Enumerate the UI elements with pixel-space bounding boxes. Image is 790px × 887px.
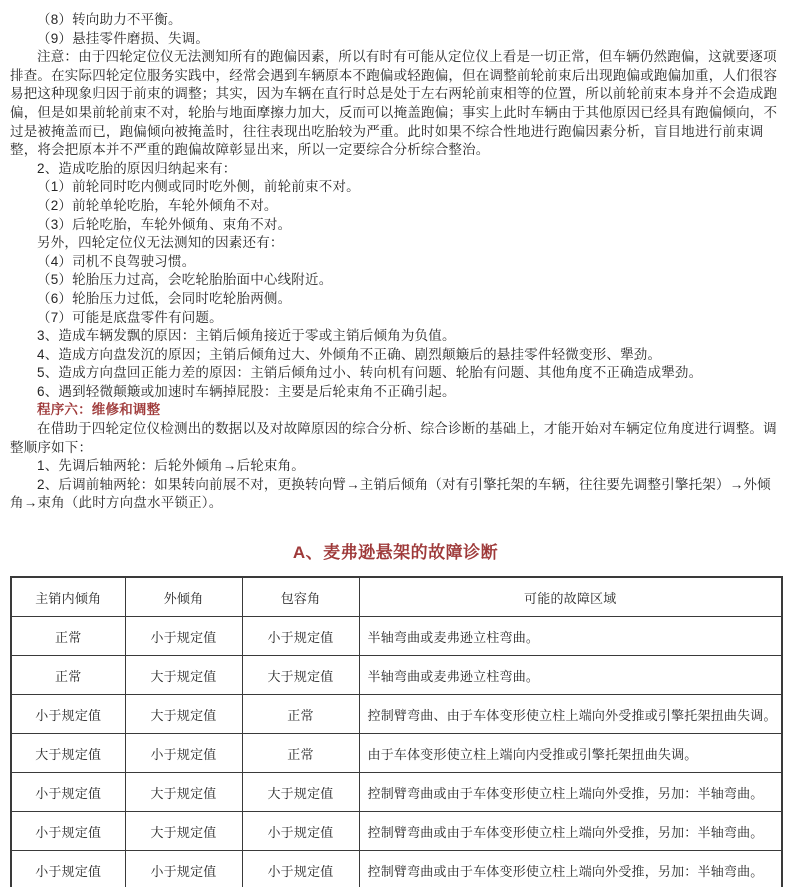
- column-header: 包容角: [242, 577, 359, 617]
- text-section: （8）转向助力不平衡。（9）悬挂零件磨损、失调。注意：由于四轮定位仪无法测知所有…: [10, 11, 781, 513]
- paragraph: （4）司机不良驾驶习惯。: [10, 253, 781, 272]
- paragraph: 在借助于四轮定位仪检测出的数据以及对故障原因的综合分析、综合诊断的基础上，才能开…: [10, 420, 781, 457]
- angle-value-cell: 小于规定值: [11, 851, 125, 887]
- table-row: 小于规定值大于规定值大于规定值控制臂弯曲或由于车体变形使立柱上端向外受推，另加：…: [11, 773, 782, 812]
- paragraph: 4、造成方向盘发沉的原因；主销后倾角过大、外倾角不正确、剧烈颠簸后的悬挂零件轻微…: [10, 346, 781, 365]
- paragraph: （8）转向助力不平衡。: [10, 11, 781, 30]
- table-row: 小于规定值小于规定值小于规定值控制臂弯曲或由于车体变形使立柱上端向外受推，另加：…: [11, 851, 782, 887]
- angle-value-cell: 正常: [242, 734, 359, 773]
- table-title: A、麦弗逊悬架的故障诊断: [10, 538, 781, 563]
- column-header: 外倾角: [125, 577, 242, 617]
- angle-value-cell: 小于规定值: [11, 812, 125, 851]
- paragraph: 5、造成方向盘回正能力差的原因：主销后倾角过小、转向机有问题、轮胎有问题、其他角…: [10, 364, 781, 383]
- angle-value-cell: 小于规定值: [242, 851, 359, 887]
- paragraph: 注意：由于四轮定位仪无法测知所有的跑偏因素，所以有时有可能从定位仪上看是一切正常…: [10, 48, 781, 160]
- paragraph: 2、造成吃胎的原因归纳起来有：: [10, 160, 781, 179]
- angle-value-cell: 小于规定值: [125, 851, 242, 887]
- paragraph: 另外，四轮定位仪无法测知的因素还有：: [10, 234, 781, 253]
- fault-area-cell: 半轴弯曲或麦弗逊立柱弯曲。: [359, 656, 782, 695]
- angle-value-cell: 小于规定值: [11, 695, 125, 734]
- angle-value-cell: 大于规定值: [125, 656, 242, 695]
- angle-value-cell: 小于规定值: [11, 773, 125, 812]
- angle-value-cell: 小于规定值: [125, 734, 242, 773]
- angle-value-cell: 正常: [242, 695, 359, 734]
- fault-area-cell: 控制臂弯曲或由于车体变形使立柱上端向外受推，另加：半轴弯曲。: [359, 812, 782, 851]
- angle-value-cell: 大于规定值: [242, 656, 359, 695]
- paragraph: （5）轮胎压力过高，会吃轮胎胎面中心线附近。: [10, 271, 781, 290]
- column-header: 可能的故障区域: [359, 577, 782, 617]
- angle-value-cell: 大于规定值: [125, 695, 242, 734]
- section-heading: 程序六：维修和调整: [10, 401, 781, 420]
- fault-area-cell: 控制臂弯曲、由于车体变形使立柱上端向外受推或引擎托架扭曲失调。: [359, 695, 782, 734]
- paragraph: （9）悬挂零件磨损、失调。: [10, 30, 781, 49]
- angle-value-cell: 正常: [11, 617, 125, 656]
- paragraph: 6、遇到轻微颠簸或加速时车辆掉屁股：主要是后轮束角不正确引起。: [10, 383, 781, 402]
- paragraph: （2）前轮单轮吃胎，车轮外倾角不对。: [10, 197, 781, 216]
- paragraph: （7）可能是底盘零件有问题。: [10, 309, 781, 328]
- angle-value-cell: 大于规定值: [125, 773, 242, 812]
- paragraph: 3、造成车辆发飘的原因：主销后倾角接近于零或主销后倾角为负值。: [10, 327, 781, 346]
- fault-area-cell: 控制臂弯曲或由于车体变形使立柱上端向外受推，另加：半轴弯曲。: [359, 851, 782, 887]
- fault-area-cell: 控制臂弯曲或由于车体变形使立柱上端向外受推，另加：半轴弯曲。: [359, 773, 782, 812]
- angle-value-cell: 小于规定值: [242, 617, 359, 656]
- macpherson-diagnosis-table: 主销内倾角外倾角包容角可能的故障区域 正常小于规定值小于规定值半轴弯曲或麦弗逊立…: [10, 576, 783, 887]
- table-header-row: 主销内倾角外倾角包容角可能的故障区域: [11, 577, 782, 617]
- paragraph: （6）轮胎压力过低，会同时吃轮胎两侧。: [10, 290, 781, 309]
- angle-value-cell: 小于规定值: [242, 812, 359, 851]
- angle-value-cell: 大于规定值: [11, 734, 125, 773]
- table-row: 小于规定值大于规定值小于规定值控制臂弯曲或由于车体变形使立柱上端向外受推，另加：…: [11, 812, 782, 851]
- column-header: 主销内倾角: [11, 577, 125, 617]
- paragraph: 1、先调后轴两轮：后轮外倾角→后轮束角。: [10, 457, 781, 476]
- angle-value-cell: 大于规定值: [125, 812, 242, 851]
- table-row: 正常小于规定值小于规定值半轴弯曲或麦弗逊立柱弯曲。: [11, 617, 782, 656]
- fault-area-cell: 由于车体变形使立柱上端向内受推或引擎托架扭曲失调。: [359, 734, 782, 773]
- paragraph: （3）后轮吃胎，车轮外倾角、束角不对。: [10, 216, 781, 235]
- angle-value-cell: 大于规定值: [242, 773, 359, 812]
- document-page: （8）转向助力不平衡。（9）悬挂零件磨损、失调。注意：由于四轮定位仪无法测知所有…: [0, 0, 790, 887]
- fault-area-cell: 半轴弯曲或麦弗逊立柱弯曲。: [359, 617, 782, 656]
- paragraph: 2、后调前轴两轮：如果转向前展不对，更换转向臂→主销后倾角（对有引擎托架的车辆，…: [10, 476, 781, 513]
- paragraph: （1）前轮同时吃内侧或同时吃外侧，前轮前束不对。: [10, 178, 781, 197]
- angle-value-cell: 正常: [11, 656, 125, 695]
- table-row: 大于规定值小于规定值正常由于车体变形使立柱上端向内受推或引擎托架扭曲失调。: [11, 734, 782, 773]
- table-row: 正常大于规定值大于规定值半轴弯曲或麦弗逊立柱弯曲。: [11, 656, 782, 695]
- table-row: 小于规定值大于规定值正常控制臂弯曲、由于车体变形使立柱上端向外受推或引擎托架扭曲…: [11, 695, 782, 734]
- angle-value-cell: 小于规定值: [125, 617, 242, 656]
